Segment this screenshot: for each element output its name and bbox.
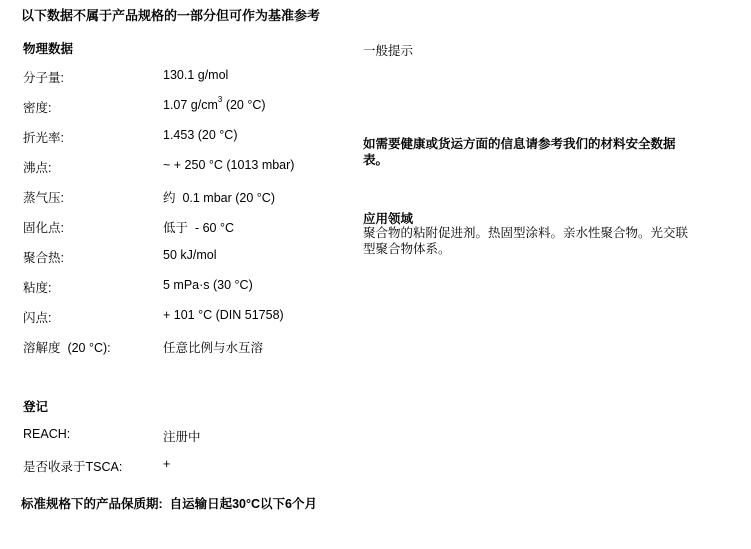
row-value-flash-point: + 101 °C (DIN 51758) bbox=[163, 308, 284, 322]
row-label-refractive-index: 折光率: bbox=[23, 128, 64, 146]
row-value-boiling-point: ~ + 250 °C (1013 mbar) bbox=[163, 158, 294, 172]
physical-data-heading: 物理数据 bbox=[23, 39, 73, 57]
row-value-refractive-index: 1.453 (20 °C) bbox=[163, 128, 237, 142]
row-label-solidification-point: 固化点: bbox=[23, 218, 64, 236]
row-label-solubility: 溶解度 (20 °C): bbox=[23, 338, 111, 356]
row-value-tsca: + bbox=[163, 457, 170, 471]
row-value-solubility: 任意比例与水互溶 bbox=[163, 338, 263, 356]
row-value-viscosity: 5 mPa·s (30 °C) bbox=[163, 278, 253, 292]
row-label-boiling-point: 沸点: bbox=[23, 158, 51, 176]
row-value-reach: 注册中 bbox=[163, 427, 201, 445]
density-superscript: 3 bbox=[218, 95, 222, 104]
density-value-main: 1.07 g/cm bbox=[163, 98, 218, 112]
row-label-flash-point: 闪点: bbox=[23, 308, 51, 326]
row-value-molecular-weight: 130.1 g/mol bbox=[163, 68, 228, 82]
document-title: 以下数据不属于产品规格的一部分但可作为基准参考 bbox=[21, 5, 320, 24]
row-label-molecular-weight: 分子量: bbox=[23, 68, 64, 86]
general-notes-heading: 一般提示 bbox=[363, 41, 413, 59]
row-value-solidification-point: 低于 - 60 °C bbox=[163, 218, 234, 236]
density-value-condition: (20 °C) bbox=[222, 98, 265, 112]
row-label-reach: REACH: bbox=[23, 427, 70, 441]
safety-data-note: 如需要健康或货运方面的信息请参考我们的材料安全数据表。 bbox=[363, 136, 693, 168]
registration-heading: 登记 bbox=[23, 397, 48, 415]
row-label-density: 密度: bbox=[23, 98, 51, 116]
row-value-vapor-pressure: 约 0.1 mbar (20 °C) bbox=[163, 188, 275, 206]
row-label-viscosity: 粘度: bbox=[23, 278, 51, 296]
row-label-heat-of-polymerization: 聚合热: bbox=[23, 248, 64, 266]
row-value-density: 1.07 g/cm3 (20 °C) bbox=[163, 98, 266, 112]
applications-text: 聚合物的粘附促进剂。热固型涂料。亲水性聚合物。光交联型聚合物体系。 bbox=[363, 225, 693, 257]
shelf-life-statement: 标准规格下的产品保质期: 自运输日起30°C以下6个月 bbox=[21, 494, 317, 512]
row-label-vapor-pressure: 蒸气压: bbox=[23, 188, 64, 206]
row-value-heat-of-polymerization: 50 kJ/mol bbox=[163, 248, 217, 262]
row-label-tsca: 是否收录于TSCA: bbox=[23, 457, 122, 475]
